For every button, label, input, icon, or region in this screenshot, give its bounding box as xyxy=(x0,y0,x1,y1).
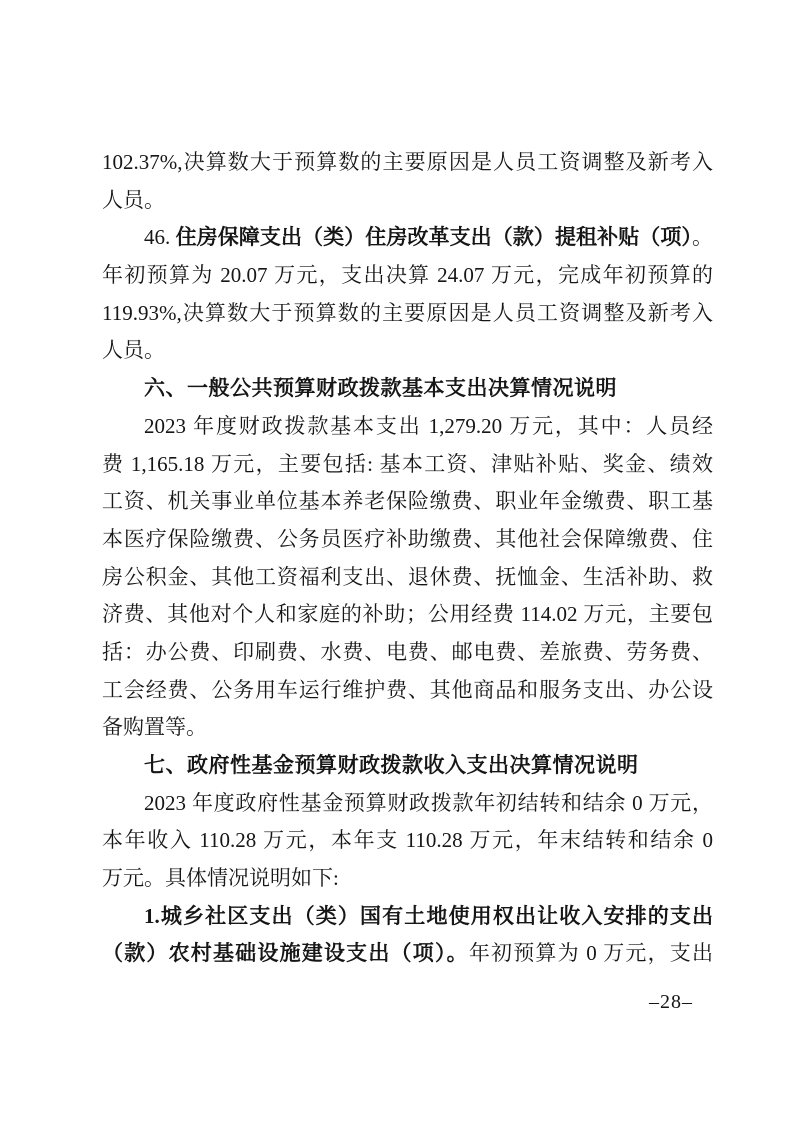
text-line-item-46: 46. 住房保障支出（类）住房改革支出（款）提租补贴（项）。 xyxy=(102,219,713,257)
text-line: 费 1,165.18 万元，主要包括: 基本工资、津贴补贴、奖金、绩效 xyxy=(102,446,713,484)
text-line: 工资、机关事业单位基本养老保险缴费、职业年金缴费、职工基 xyxy=(102,483,713,521)
text-line-item-1: 1.城乡社区支出（类）国有土地使用权出让收入安排的支出 xyxy=(102,898,713,936)
text-line: 济费、其他对个人和家庭的补助；公用经费 114.02 万元，主要包 xyxy=(102,596,713,634)
text-line: 备购置等。 xyxy=(102,709,713,747)
bold-run: 住房保障支出（类）住房改革支出（款）提租补贴（项） xyxy=(176,225,692,249)
text-line: 2023 年度财政拨款基本支出 1,279.20 万元，其中：人员经 xyxy=(102,408,713,446)
section-heading-6: 六、一般公共预算财政拨款基本支出决算情况说明 xyxy=(102,370,713,408)
text-run: 。 xyxy=(692,225,713,249)
text-line: 2023 年度政府性基金预算财政拨款年初结转和结余 0 万元， xyxy=(102,785,713,823)
text-line: 102.37%,决算数大于预算数的主要原因是人员工资调整及新考入 xyxy=(102,144,713,182)
text-line: 本医疗保险缴费、公务员医疗补助缴费、其他社会保障缴费、住 xyxy=(102,521,713,559)
text-line: 括：办公费、印刷费、水费、电费、邮电费、差旅费、劳务费、 xyxy=(102,634,713,672)
page-body-text: 102.37%,决算数大于预算数的主要原因是人员工资调整及新考入 人员。 46.… xyxy=(102,144,713,973)
section-heading-7: 七、政府性基金预算财政拨款收入支出决算情况说明 xyxy=(102,747,713,785)
text-line: （款）农村基础设施建设支出（项）。年初预算为 0 万元，支出 xyxy=(102,935,713,973)
bold-run: （款）农村基础设施建设支出（项）。 xyxy=(102,941,469,965)
text-run: 年初预算为 0 万元，支出 xyxy=(469,941,713,965)
document-page: 102.37%,决算数大于预算数的主要原因是人员工资调整及新考入 人员。 46.… xyxy=(0,0,793,1122)
text-line: 本年收入 110.28 万元，本年支 110.28 万元，年末结转和结余 0 xyxy=(102,822,713,860)
text-line: 年初预算为 20.07 万元，支出决算 24.07 万元，完成年初预算的 xyxy=(102,257,713,295)
text-line: 119.93%,决算数大于预算数的主要原因是人员工资调整及新考入 xyxy=(102,295,713,333)
list-number: 46. xyxy=(144,225,176,249)
text-line: 人员。 xyxy=(102,182,713,220)
text-line: 房公积金、其他工资福利支出、退休费、抚恤金、生活补助、救 xyxy=(102,559,713,597)
text-line: 人员。 xyxy=(102,332,713,370)
text-line: 工会经费、公务用车运行维护费、其他商品和服务支出、办公设 xyxy=(102,672,713,710)
page-number: –28– xyxy=(649,991,693,1014)
text-line: 万元。具体情况说明如下: xyxy=(102,860,713,898)
